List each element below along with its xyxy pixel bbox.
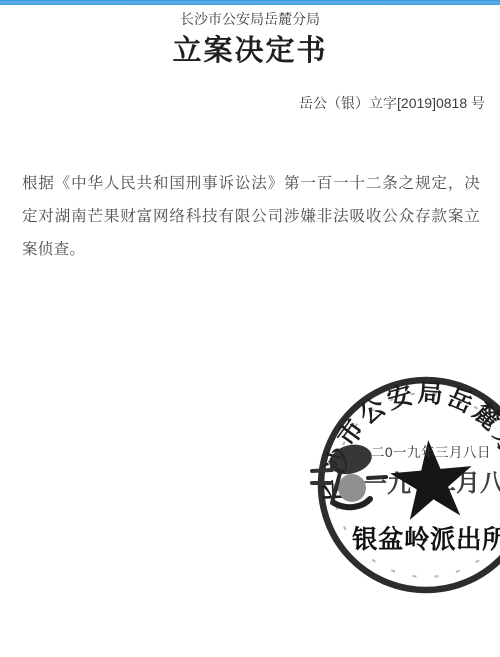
top-progress-bar (0, 0, 500, 5)
document-number: 岳公（银）立字[2019]0818 号 (299, 93, 485, 113)
document-title: 立案决定书 (0, 33, 500, 69)
issuing-authority: 长沙市公安局岳麓分局 (0, 10, 500, 28)
case-filing-decision-page: 长沙市公安局岳麓分局 立案决定书 岳公（银）立字[2019]0818 号 根据《… (0, 0, 500, 657)
date-overlay: 二0一九年三月八日 (371, 444, 491, 461)
official-seal: 长沙市公安局岳麓分局 一九 二月八 银盆岭派出所 (308, 367, 500, 603)
seal-bottom-text: 银盆岭派出所 (352, 525, 500, 554)
decision-paragraph: 根据《中华人民共和国刑事诉讼法》第一百一十二条之规定，决定对湖南芒果财富网络科技… (22, 167, 480, 266)
